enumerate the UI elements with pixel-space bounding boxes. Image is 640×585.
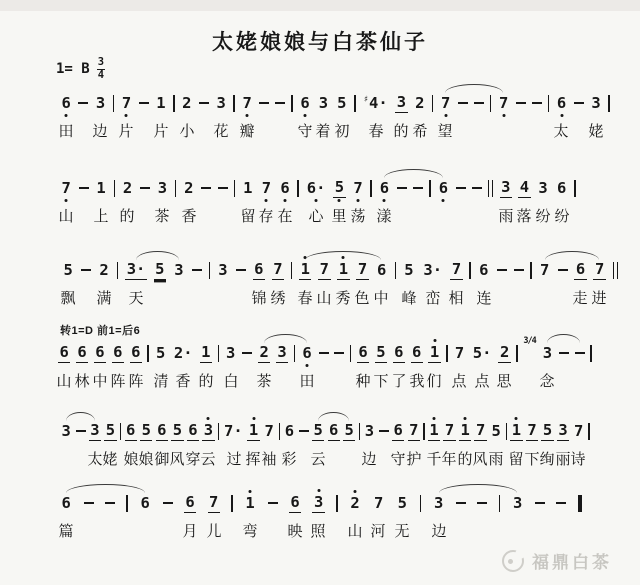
lyric-syllable: 山 bbox=[56, 370, 71, 391]
duration-dash bbox=[516, 102, 526, 104]
lyric-syllable: 守 bbox=[297, 120, 312, 141]
note: 6 bbox=[156, 421, 168, 441]
note: 3 bbox=[395, 93, 407, 113]
lyric-syllable: 漾 bbox=[376, 205, 391, 226]
lyric-syllable: 纷 bbox=[535, 205, 550, 226]
high-octave-dot bbox=[433, 417, 436, 420]
note: 5 bbox=[333, 178, 345, 198]
lyric-syllable: 映 bbox=[287, 520, 302, 541]
lyric-syllable: 念 bbox=[539, 370, 554, 391]
note: 3· bbox=[125, 260, 147, 280]
note: 5 bbox=[62, 261, 74, 280]
note: 7 bbox=[474, 421, 486, 441]
lyric-syllable: 春 bbox=[297, 287, 312, 308]
duration-dash bbox=[163, 502, 173, 504]
duration-dash bbox=[275, 102, 285, 104]
duration-dash bbox=[456, 502, 466, 504]
high-octave-dot bbox=[249, 490, 252, 493]
note: 2 bbox=[183, 179, 195, 198]
lyric-syllable: 姥 bbox=[588, 120, 603, 141]
barline bbox=[218, 345, 220, 362]
low-octave-dot bbox=[502, 114, 505, 117]
lyric-syllable: 白 bbox=[223, 370, 238, 391]
brand-logo-icon bbox=[502, 550, 524, 572]
note: 2 bbox=[349, 494, 361, 513]
low-octave-dot bbox=[338, 199, 341, 202]
lyric-syllable: 的 bbox=[393, 120, 408, 141]
note: 3 bbox=[202, 421, 214, 441]
barline bbox=[429, 180, 431, 197]
note: 7 bbox=[120, 94, 132, 113]
note: 7 bbox=[356, 260, 368, 280]
lyric-syllable: 的 bbox=[119, 205, 134, 226]
note: 6 bbox=[283, 422, 295, 441]
low-octave-dot bbox=[65, 199, 68, 202]
note: 5 bbox=[171, 421, 183, 441]
barline bbox=[209, 262, 211, 279]
lyric-syllable: 香 bbox=[175, 370, 190, 391]
lyric-syllable: 片 bbox=[118, 120, 133, 141]
lyric-syllable: 我 bbox=[409, 370, 424, 391]
note: 3 bbox=[500, 178, 512, 198]
score-line-6: 666716327533 篇月儿弯映照山河无边 bbox=[60, 492, 582, 552]
duration-dash bbox=[458, 102, 468, 104]
barline bbox=[395, 262, 397, 279]
barline bbox=[590, 345, 592, 362]
lyric-syllable: 花 bbox=[213, 120, 228, 141]
top-strip bbox=[0, 0, 640, 11]
duration-dash bbox=[139, 102, 149, 104]
lyric-syllable: 下 bbox=[524, 448, 539, 469]
note: 7 bbox=[208, 493, 220, 513]
note: 5· bbox=[471, 344, 493, 363]
duration-dash bbox=[78, 102, 88, 104]
note: 6 bbox=[555, 94, 567, 113]
duration-dash bbox=[556, 502, 566, 504]
note: 5 bbox=[140, 421, 152, 441]
duration-dash bbox=[259, 102, 269, 104]
lyric-syllable: 山 bbox=[316, 287, 331, 308]
duration-dash bbox=[201, 187, 211, 189]
tie-slur-arc bbox=[439, 484, 517, 493]
note: 6 bbox=[411, 343, 423, 363]
high-octave-dot bbox=[433, 339, 436, 342]
duration-dash bbox=[236, 269, 246, 271]
score-line-1: 6371237635♯4·327763 田边片片小花瓣守着初春的希望太姥 bbox=[60, 92, 610, 152]
barline bbox=[120, 423, 122, 440]
barline bbox=[231, 495, 233, 512]
duration-dash bbox=[574, 102, 584, 104]
barline bbox=[291, 95, 293, 112]
barline bbox=[113, 95, 115, 112]
barline bbox=[423, 423, 425, 440]
song-title: 太姥娘娘与白茶仙子 bbox=[0, 26, 640, 56]
lyric-syllable: 御 bbox=[154, 448, 169, 469]
lyric-syllable: 着 bbox=[315, 120, 330, 141]
note: 6 bbox=[392, 421, 404, 441]
final-barline bbox=[578, 495, 582, 512]
lyric-syllable: 心 bbox=[308, 205, 323, 226]
lyric-syllable: 丽 bbox=[555, 448, 570, 469]
note: 1 bbox=[299, 260, 311, 280]
note: 7 bbox=[260, 179, 272, 198]
note: 7· bbox=[223, 422, 245, 441]
duration-dash bbox=[559, 352, 569, 354]
lyric-syllable: 峦 bbox=[425, 287, 440, 308]
lyric-syllable: 茶 bbox=[256, 370, 271, 391]
double-barline bbox=[613, 262, 618, 279]
note: 6 bbox=[289, 493, 301, 513]
note: 3 bbox=[511, 494, 523, 513]
note: 1 bbox=[337, 260, 349, 280]
tie-slur-arc bbox=[264, 334, 307, 343]
lyric-syllable: 思 bbox=[496, 370, 511, 391]
note: 5 bbox=[343, 421, 355, 441]
note: 7 bbox=[439, 94, 451, 113]
notes-row: 523·533671717653·76767 bbox=[62, 259, 618, 281]
barline bbox=[218, 423, 220, 440]
lyric-syllable: 锦 bbox=[251, 287, 266, 308]
time-signature-denominator: 4 bbox=[97, 69, 105, 82]
lyric-syllable: 的 bbox=[457, 448, 472, 469]
lyric-syllable: 点 bbox=[474, 370, 489, 391]
note: 7 bbox=[450, 260, 462, 280]
lyric-syllable: 希 bbox=[412, 120, 427, 141]
barline bbox=[294, 345, 296, 362]
note: 7 bbox=[526, 421, 538, 441]
duration-dash bbox=[84, 502, 94, 504]
lyric-syllable: 清 bbox=[153, 370, 168, 391]
note: 3 bbox=[60, 422, 72, 441]
lyric-syllable: 诗 bbox=[570, 448, 585, 469]
note: 3 bbox=[215, 94, 227, 113]
note: 6 bbox=[437, 179, 449, 198]
sheet-music-page: 太姥娘娘与白茶仙子 1= B 3 4 6371237635♯4·327763 田… bbox=[0, 0, 640, 585]
notes-row: 6371237635♯4·327763 bbox=[60, 92, 610, 114]
lyric-syllable: 彩 bbox=[281, 448, 296, 469]
barline bbox=[432, 95, 434, 112]
note: 6 bbox=[60, 494, 72, 513]
lyric-syllable: 穿 bbox=[185, 448, 200, 469]
lyric-syllable: 留 bbox=[240, 205, 255, 226]
barline bbox=[175, 180, 177, 197]
note: 1 bbox=[242, 179, 254, 198]
lyric-syllable: 茶 bbox=[154, 205, 169, 226]
lyric-syllable: 片 bbox=[153, 120, 168, 141]
key-signature: 1= B 3 4 bbox=[56, 57, 105, 81]
lyric-syllable: 河 bbox=[370, 520, 385, 541]
tie-slur-arc bbox=[445, 84, 503, 93]
lyric-syllable: 边 bbox=[431, 520, 446, 541]
note: 1 bbox=[428, 421, 440, 441]
note: 1 bbox=[428, 343, 440, 363]
high-octave-dot bbox=[252, 417, 255, 420]
lyric-syllable: 风 bbox=[169, 448, 184, 469]
note: 1 bbox=[247, 421, 259, 441]
barline bbox=[446, 345, 448, 362]
note: 5 bbox=[312, 421, 324, 441]
note: 2 bbox=[258, 343, 270, 363]
duration-dash bbox=[477, 502, 487, 504]
lyric-syllable: 绣 bbox=[270, 287, 285, 308]
notes-row: 3356565637·1765653671717517537 bbox=[60, 420, 590, 442]
note: 5 bbox=[396, 494, 408, 513]
notes-row: 6666652·132366566175·23/43 bbox=[58, 342, 592, 364]
lyric-syllable: 袖 bbox=[261, 448, 276, 469]
note: 3 bbox=[156, 179, 168, 198]
barline bbox=[147, 345, 149, 362]
score-line-5: 3356565637·1765653671717517537 太姥娘娘御风穿云过… bbox=[60, 420, 590, 480]
lyric-syllable: 雨 bbox=[498, 205, 513, 226]
lyric-syllable: 弯 bbox=[242, 520, 257, 541]
note: 2 bbox=[181, 94, 193, 113]
low-octave-dot bbox=[265, 199, 268, 202]
high-octave-dot bbox=[317, 489, 320, 492]
lyric-syllable: 里 bbox=[331, 205, 346, 226]
lyric-syllable: 儿 bbox=[206, 520, 221, 541]
lyric-syllable: 们 bbox=[426, 370, 441, 391]
lyric-syllable: 落 bbox=[516, 205, 531, 226]
lyric-syllable: 边 bbox=[361, 448, 376, 469]
note: 1 bbox=[244, 494, 256, 513]
lyric-syllable: 年 bbox=[441, 448, 456, 469]
note: 3 bbox=[225, 344, 237, 363]
lyric-syllable: 纷 bbox=[554, 205, 569, 226]
lyric-syllable: 守 bbox=[390, 448, 405, 469]
lyric-syllable: 望 bbox=[437, 120, 452, 141]
barline bbox=[608, 95, 610, 112]
note: 3 bbox=[557, 421, 569, 441]
note: 6 bbox=[94, 343, 106, 363]
lyric-syllable: 阵 bbox=[128, 370, 143, 391]
note: 3· bbox=[422, 261, 444, 280]
barline bbox=[354, 95, 356, 112]
barline bbox=[499, 495, 501, 512]
note: 5 bbox=[403, 261, 415, 280]
lyric-syllable: 照 bbox=[310, 520, 325, 541]
lyric-syllable: 飘 bbox=[60, 287, 75, 308]
note: 1 bbox=[155, 94, 167, 113]
note: 6 bbox=[574, 260, 586, 280]
lyric-syllable: 色 bbox=[354, 287, 369, 308]
lyric-syllable: 雨 bbox=[488, 448, 503, 469]
lyric-syllable: 上 bbox=[93, 205, 108, 226]
lyric-syllable: 中 bbox=[373, 287, 388, 308]
barline bbox=[548, 95, 550, 112]
note: 6 bbox=[139, 494, 151, 513]
tie-slur-arc bbox=[318, 412, 349, 421]
duration-dash bbox=[140, 187, 150, 189]
note: 5 bbox=[155, 344, 167, 363]
note: 2· bbox=[172, 344, 194, 363]
note: 5 bbox=[154, 260, 166, 280]
note: 5 bbox=[104, 421, 116, 441]
lyric-syllable: 种 bbox=[355, 370, 370, 391]
note: 1 bbox=[459, 421, 471, 441]
duration-dash bbox=[397, 187, 407, 189]
note: 3 bbox=[363, 422, 375, 441]
lyric-syllable: 边 bbox=[92, 120, 107, 141]
note: 6 bbox=[393, 343, 405, 363]
lyric-syllable: 秀 bbox=[335, 287, 350, 308]
barline bbox=[530, 262, 532, 279]
note: 2 bbox=[121, 179, 133, 198]
lyric-syllable: 连 bbox=[476, 287, 491, 308]
lyric-syllable: 留 bbox=[508, 448, 523, 469]
lyric-syllable: 太 bbox=[553, 120, 568, 141]
lyric-syllable: 下 bbox=[373, 370, 388, 391]
lyric-syllable: 姥 bbox=[102, 448, 117, 469]
note: 6· bbox=[305, 179, 327, 198]
key-signature-text: 1= B bbox=[56, 61, 90, 77]
note: 6 bbox=[301, 344, 313, 363]
low-octave-dot bbox=[442, 199, 445, 202]
note: 7 bbox=[572, 422, 584, 441]
note: 1 bbox=[200, 343, 212, 363]
lyric-syllable: 田 bbox=[299, 370, 314, 391]
low-octave-dot bbox=[444, 114, 447, 117]
duration-dash bbox=[456, 187, 466, 189]
note: 7 bbox=[318, 260, 330, 280]
note: 7 bbox=[372, 494, 384, 513]
duration-dash bbox=[218, 187, 228, 189]
duration-dash bbox=[199, 102, 209, 104]
note: 6 bbox=[478, 261, 490, 280]
lyric-syllable: 了 bbox=[391, 370, 406, 391]
duration-dash bbox=[334, 352, 344, 354]
score-line-2: 712321766·57663436 山上的茶香留存在心里荡漾雨落纷纷 bbox=[60, 177, 576, 237]
lyric-syllable: 瓣 bbox=[239, 120, 254, 141]
duration-dash bbox=[474, 102, 484, 104]
duration-dash bbox=[497, 269, 507, 271]
tie-slur-arc bbox=[305, 251, 381, 260]
watermark: 福鼎白茶 bbox=[502, 548, 612, 573]
low-octave-dot bbox=[284, 199, 287, 202]
note: 6 bbox=[375, 261, 387, 280]
barline bbox=[114, 180, 116, 197]
barline bbox=[359, 423, 361, 440]
notes-row: 712321766·57663436 bbox=[60, 177, 576, 199]
duration-dash bbox=[535, 502, 545, 504]
lyric-syllable: 娘 bbox=[123, 448, 138, 469]
note: 7 bbox=[352, 179, 364, 198]
note: 3 bbox=[433, 494, 445, 513]
note: 6 bbox=[357, 343, 369, 363]
note: 5 bbox=[490, 422, 502, 441]
score-line-4: 转1=D 前1=后6 6666652·132366566175·23/43 山林… bbox=[58, 342, 592, 402]
note: 7 bbox=[497, 94, 509, 113]
barline bbox=[297, 180, 299, 197]
note: 7 bbox=[443, 421, 455, 441]
lyric-syllable: 进 bbox=[591, 287, 606, 308]
note: 7 bbox=[272, 260, 284, 280]
low-octave-dot bbox=[357, 199, 360, 202]
note: 3 bbox=[94, 94, 106, 113]
lyric-syllable: 走 bbox=[572, 287, 587, 308]
lyric-syllable: 香 bbox=[181, 205, 196, 226]
note: 5 bbox=[375, 343, 387, 363]
note: 6 bbox=[378, 179, 390, 198]
note: 5 bbox=[336, 94, 348, 113]
barline bbox=[469, 262, 471, 279]
barline bbox=[279, 423, 281, 440]
low-octave-dot bbox=[65, 114, 68, 117]
note: 6 bbox=[112, 343, 124, 363]
duration-dash bbox=[413, 187, 423, 189]
barline bbox=[420, 495, 422, 512]
low-octave-dot bbox=[383, 199, 386, 202]
note: 2 bbox=[414, 94, 426, 113]
lyric-syllable: 云 bbox=[310, 448, 325, 469]
duration-dash bbox=[379, 430, 389, 432]
tie-slur-arc bbox=[66, 412, 95, 421]
note: 2 bbox=[498, 343, 510, 363]
lyric-syllable: 篇 bbox=[58, 520, 73, 541]
note: 7 bbox=[539, 261, 551, 280]
barline bbox=[574, 180, 576, 197]
lyric-syllable: 挥 bbox=[245, 448, 260, 469]
lyric-syllable: 过 bbox=[226, 448, 241, 469]
lyric-syllable: 满 bbox=[96, 287, 111, 308]
note: 3 bbox=[173, 261, 185, 280]
note: 2 bbox=[98, 261, 110, 280]
barline bbox=[350, 345, 352, 362]
duration-dash bbox=[76, 430, 86, 432]
note: 3 bbox=[312, 493, 324, 513]
lyric-syllable: 天 bbox=[128, 287, 143, 308]
barline bbox=[588, 423, 590, 440]
lyric-syllable: 春 bbox=[368, 120, 383, 141]
duration-dash bbox=[242, 352, 252, 354]
note: 6 bbox=[76, 343, 88, 363]
lyric-syllable: 初 bbox=[334, 120, 349, 141]
tie-slur-arc bbox=[136, 251, 179, 260]
note: 6 bbox=[253, 260, 265, 280]
high-octave-dot bbox=[354, 490, 357, 493]
meter-change-mark: 3/4 bbox=[523, 337, 535, 346]
note: 7 bbox=[453, 344, 465, 363]
duration-dash bbox=[299, 430, 309, 432]
barline bbox=[506, 423, 508, 440]
duration-dash bbox=[514, 269, 524, 271]
tie-slur-arc bbox=[66, 484, 145, 493]
note: 3 bbox=[89, 421, 101, 441]
note: 6 bbox=[60, 94, 72, 113]
low-octave-dot bbox=[304, 114, 307, 117]
barline bbox=[336, 495, 338, 512]
tie-slur-arc bbox=[545, 251, 599, 260]
lyric-syllable: 云 bbox=[200, 448, 215, 469]
lyric-syllable: 相 bbox=[448, 287, 463, 308]
barline bbox=[126, 495, 128, 512]
note: 1 bbox=[510, 421, 522, 441]
lyric-syllable: 山 bbox=[58, 205, 73, 226]
lyric-syllable: 娘 bbox=[138, 448, 153, 469]
high-octave-dot bbox=[515, 417, 518, 420]
note: 6 bbox=[187, 421, 199, 441]
lyric-syllable: 田 bbox=[58, 120, 73, 141]
lyric-syllable: 峰 bbox=[401, 287, 416, 308]
note: 6 bbox=[299, 94, 311, 113]
note: 6 bbox=[279, 179, 291, 198]
duration-dash bbox=[319, 352, 329, 354]
duration-dash bbox=[472, 187, 482, 189]
duration-dash bbox=[532, 102, 542, 104]
high-octave-dot bbox=[207, 417, 210, 420]
note: 6 bbox=[125, 421, 137, 441]
note: 6 bbox=[58, 343, 70, 363]
low-octave-dot bbox=[246, 114, 249, 117]
